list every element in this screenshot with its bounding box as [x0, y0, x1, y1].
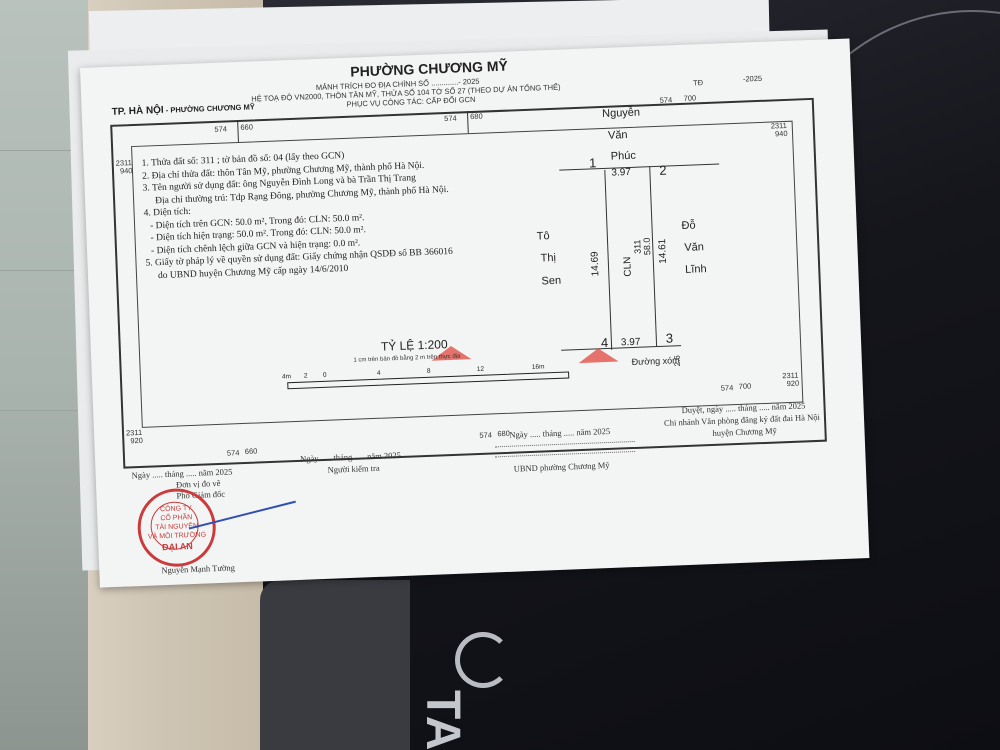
- td-year: -2025: [743, 74, 763, 84]
- ward-role: UBND phường Chương Mỹ: [514, 460, 610, 474]
- left-edge-length: 14.69: [589, 251, 601, 276]
- watermark-house-icon: [578, 348, 619, 370]
- parcel-area: 58.0: [642, 237, 653, 255]
- north-neighbor-name: Phúc: [611, 150, 637, 163]
- coord-940: 940: [120, 166, 133, 175]
- coord-920: 920: [786, 379, 799, 388]
- coord-680: 680: [497, 429, 510, 438]
- coord-574: 574: [444, 114, 457, 123]
- coord-574: 574: [214, 124, 227, 133]
- land-use-code: CLN: [622, 256, 634, 276]
- corner-3: 3: [666, 330, 674, 345]
- corner-1: 1: [589, 155, 597, 170]
- parcel-info: 1. Thửa đất số: 311 ; tờ bản đồ số: 04 (…: [141, 143, 526, 282]
- td-label: TĐ: [693, 78, 703, 87]
- background-object: [260, 580, 410, 750]
- inspector-role: Người kiểm tra: [327, 463, 379, 475]
- west-neighbor-name: Tô: [537, 230, 550, 242]
- background-logo-text: TA: [415, 690, 470, 750]
- scale-tick: 2: [304, 372, 308, 379]
- coord-700: 700: [739, 381, 752, 390]
- west-neighbor-name: Sen: [541, 275, 561, 288]
- coord-680: 680: [470, 112, 483, 121]
- coord-700: 700: [683, 93, 696, 102]
- cadastral-document: PHƯỜNG CHƯƠNG MỸ MẢNH TRÍCH ĐO ĐỊA CHÍNH…: [80, 38, 869, 587]
- document-title: PHƯỜNG CHƯƠNG MỸ: [350, 58, 508, 80]
- header-location: TP. HÀ NỘI - PHƯỜNG CHƯƠNG MỸ: [112, 101, 255, 117]
- coord-660: 660: [240, 122, 253, 131]
- corner-2: 2: [659, 163, 667, 178]
- north-neighbor-name: Văn: [608, 129, 628, 142]
- bottom-edge-length: 3.97: [621, 337, 641, 349]
- scale-tick: 12: [477, 366, 484, 373]
- coord-940: 940: [775, 129, 788, 138]
- surveyor-role: Đơn vị đo vẽ: [176, 478, 221, 490]
- coord-920: 920: [130, 436, 143, 445]
- west-neighbor-name: Thị: [540, 252, 556, 265]
- coord-574: 574: [659, 95, 672, 104]
- globe-logo-icon: [455, 632, 511, 688]
- east-neighbor-name: Đỗ: [681, 219, 696, 232]
- coord-574: 574: [479, 430, 492, 439]
- scale-tick: 4m: [282, 373, 291, 380]
- coord-574: 574: [721, 383, 734, 392]
- road-width: 2.6: [673, 355, 682, 366]
- scale-tick: 0: [323, 372, 327, 379]
- coord-574: 574: [227, 448, 240, 457]
- scale-tick: 4: [377, 370, 381, 377]
- scale-title: TỶ LỆ 1:200: [381, 337, 448, 354]
- right-edge-length: 14.61: [657, 239, 669, 264]
- top-edge-length: 3.97: [611, 167, 631, 179]
- north-neighbor-name: Nguyễn: [602, 107, 640, 120]
- coord-660: 660: [245, 446, 258, 455]
- east-neighbor-name: Văn: [684, 241, 704, 254]
- scale-tick: 8: [427, 368, 431, 375]
- scale-tick: 16m: [532, 363, 545, 370]
- east-neighbor-name: Lĩnh: [685, 263, 707, 276]
